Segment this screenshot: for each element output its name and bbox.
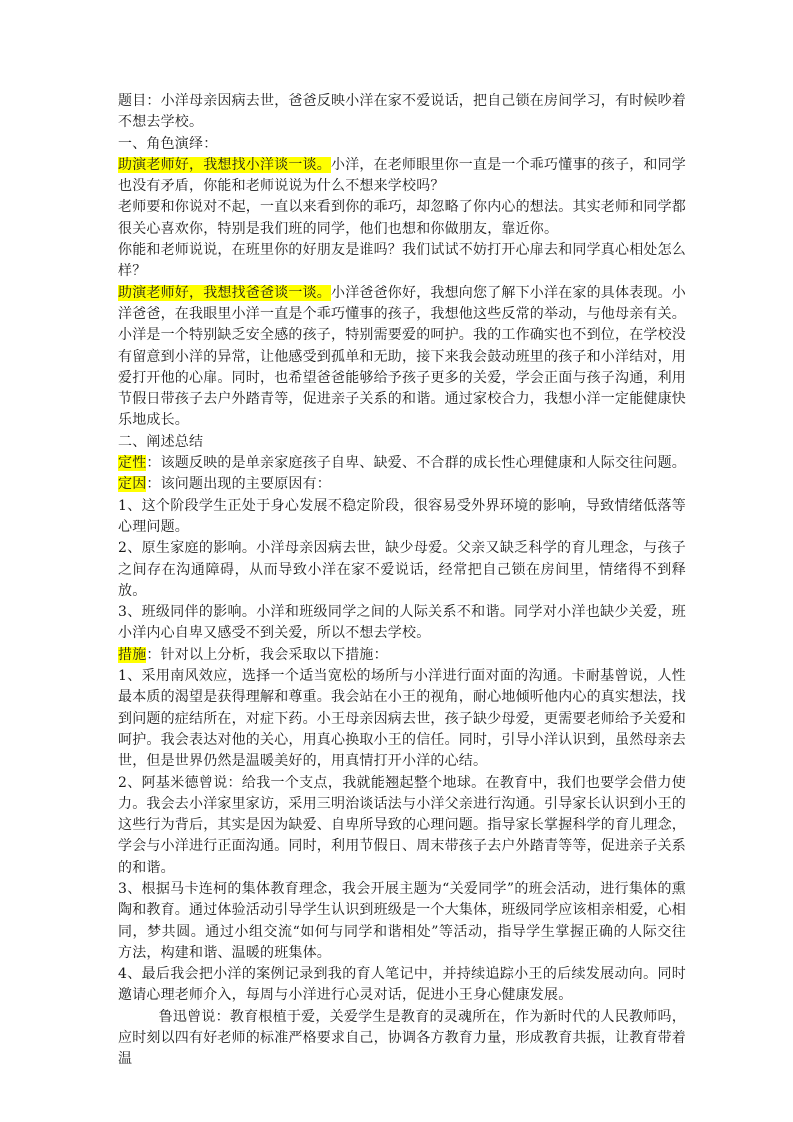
role-play-student-paragraph-2: 老师要和你说对不起，一直以来看到你的乖巧，却忽略了你内心的想法。其实老师和同学都… xyxy=(118,197,686,240)
document-page: 题目：小洋母亲因病去世，爸爸反映小洋在家不爱说话，把自己锁在房间学习，有时候吵着… xyxy=(118,91,686,1071)
topic-paragraph: 题目：小洋母亲因病去世，爸爸反映小洋在家不爱说话，把自己锁在房间学习，有时候吵着… xyxy=(118,91,686,134)
conclusion-paragraph: 鲁迅曾说：教育根植于爱，关爱学生是教育的灵魂所在，作为新时代的人民教师吗，应时刻… xyxy=(118,1007,686,1071)
highlighted-prompt: 助演老师好，我想找小洋谈一谈。 xyxy=(118,157,331,173)
section-heading-summary: 二、阐述总结 xyxy=(118,432,686,453)
paragraph-text: ：针对以上分析，我会采取以下措施： xyxy=(146,647,387,663)
highlighted-label: 措施 xyxy=(118,647,146,663)
role-play-parent-paragraph: 助演老师好，我想找爸爸谈一谈。小洋爸爸你好，我想向您了解下小洋在家的具体表现。小… xyxy=(118,283,686,432)
paragraph-text: ：该问题出现的主要原因有： xyxy=(146,476,331,492)
cause-paragraph: 定因：该问题出现的主要原因有： xyxy=(118,474,686,495)
nature-paragraph: 定性：该题反映的是单亲家庭孩子自卑、缺爱、不合群的成长性心理健康和人际交往问题。 xyxy=(118,453,686,474)
measure-item: 1、采用南风效应，选择一个适当宽松的场所与小洋进行面对面的沟通。卡耐基曾说，人性… xyxy=(118,666,686,772)
measure-item: 2、阿基米德曾说：给我一个支点，我就能翘起整个地球。在教育中，我们也要学会借力使… xyxy=(118,773,686,879)
measure-item: 4、最后我会把小洋的案例记录到我的育人笔记中，并持续追踪小王的后续发展动向。同时… xyxy=(118,964,686,1007)
measures-paragraph: 措施：针对以上分析，我会采取以下措施： xyxy=(118,645,686,666)
cause-item: 2、原生家庭的影响。小洋母亲因病去世，缺少母爱。父亲又缺乏科学的育儿理念，与孩子… xyxy=(118,538,686,602)
paragraph-text: 小洋爸爸你好，我想向您了解下小洋在家的具体表现。小洋爸爸，在我眼里小洋一直是个乖… xyxy=(118,285,686,429)
section-heading-role-play: 一、角色演绎： xyxy=(118,134,686,155)
highlighted-label: 定因 xyxy=(118,476,146,492)
role-play-student-paragraph: 助演老师好，我想找小洋谈一谈。小洋，在老师眼里你一直是一个乖巧懂事的孩子，和同学… xyxy=(118,155,686,198)
cause-item: 3、班级同伴的影响。小洋和班级同学之间的人际关系不和谐。同学对小洋也缺少关爱，班… xyxy=(118,602,686,645)
measure-item: 3、根据马卡连柯的集体教育理念，我会开展主题为“关爱同学”的班会活动，进行集体的… xyxy=(118,879,686,964)
role-play-student-paragraph-3: 你能和老师说说，在班里你的好朋友是谁吗？我们试试不妨打开心扉去和同学真心相处怎么… xyxy=(118,240,686,283)
highlighted-prompt: 助演老师好，我想找爸爸谈一谈。 xyxy=(118,285,331,301)
paragraph-text: ：该题反映的是单亲家庭孩子自卑、缺爱、不合群的成长性心理健康和人际交往问题。 xyxy=(146,455,686,471)
highlighted-label: 定性 xyxy=(118,455,146,471)
cause-item: 1、这个阶段学生正处于身心发展不稳定阶段，很容易受外界环境的影响，导致情绪低落等… xyxy=(118,496,686,539)
